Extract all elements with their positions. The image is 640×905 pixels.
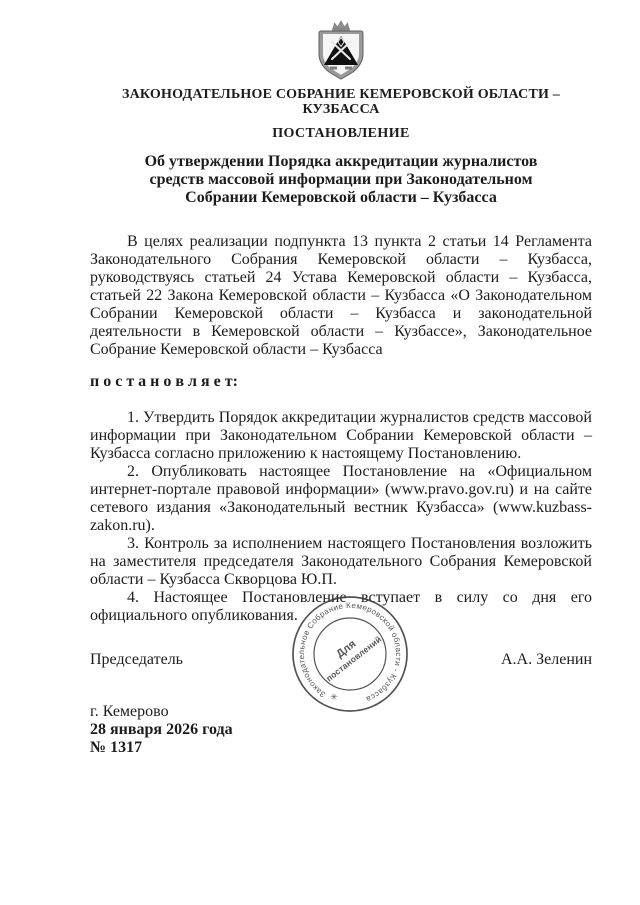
document-page: ЗАКОНОДАТЕЛЬНОЕ СОБРАНИЕ КЕМЕРОВСКОЙ ОБЛ…	[0, 0, 640, 905]
signatory-position: Председатель	[90, 651, 183, 669]
resolves-label: п о с т а н о в л я е т:	[90, 373, 592, 391]
resolution-item-2: 2. Опубликовать настоящее Постановление …	[90, 463, 592, 535]
stamp-svg: Законодательное Собрание Кемеровской обл…	[288, 592, 412, 716]
coat-of-arms-kemerovo-icon	[315, 20, 367, 80]
doc-type-heading: ПОСТАНОВЛЕНИЕ	[90, 126, 592, 141]
coat-of-arms-svg	[315, 20, 367, 80]
issue-date: 28 января 2026 года	[90, 721, 592, 739]
stamp-center-text: Для постановлений	[316, 624, 383, 684]
resolution-item-1: 1. Утвердить Порядок аккредитации журнал…	[90, 409, 592, 463]
signatory-name: А.А. Зеленин	[501, 651, 592, 669]
doc-title-line: Об утверждении Порядка аккредитации журн…	[90, 153, 592, 171]
stamp-center-line2: постановлений	[324, 634, 383, 683]
stamp-star-icon: ✳	[330, 692, 338, 702]
doc-number: № 1317	[90, 739, 592, 757]
resolution-item-3: 3. Контроль за исполнением настоящего По…	[90, 535, 592, 589]
preamble-paragraph: В целях реализации подпункта 13 пункта 2…	[90, 233, 592, 359]
doc-title-line: Собрании Кемеровской области – Кузбасса	[90, 189, 592, 207]
org-name: ЗАКОНОДАТЕЛЬНОЕ СОБРАНИЕ КЕМЕРОВСКОЙ ОБЛ…	[90, 87, 592, 117]
official-round-stamp: Законодательное Собрание Кемеровской обл…	[288, 592, 412, 716]
doc-title: Об утверждении Порядка аккредитации журн…	[90, 153, 592, 207]
doc-title-line: средств массовой информации при Законода…	[90, 171, 592, 189]
